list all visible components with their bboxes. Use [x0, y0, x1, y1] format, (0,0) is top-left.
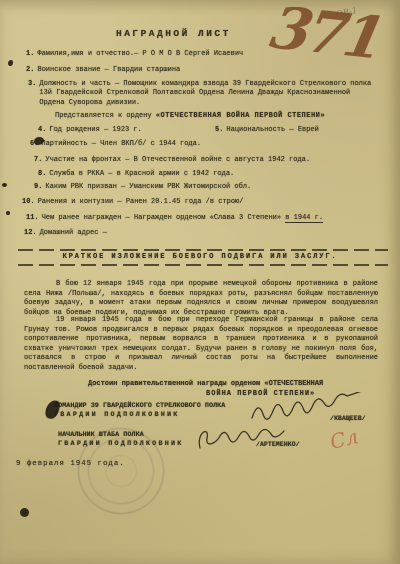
field-prior-awards: 11. Чем ранее награжден — Награжден орде…: [26, 214, 382, 223]
red-pencil-mark: Сл: [328, 424, 361, 454]
field-name: 1. Фамилия,имя и отчество.— Р О М О В Се…: [26, 50, 356, 59]
presentation-order-name: «ОТЕЧЕСТВЕННАЯ ВОЙНА ПЕРВОЙ СТЕПЕНИ»: [156, 112, 325, 120]
field-army-service: 8. Служба в РККА — в Красной армии с 194…: [38, 170, 368, 179]
field-rank-number: 2.: [26, 66, 34, 75]
field-front-service: 7. Участие на фронтах — В Отечественной …: [34, 156, 374, 165]
field-prior-awards-number: 11.: [26, 214, 39, 223]
presentation-line: Представляется к ордену «ОТЕЧЕСТВЕННАЯ В…: [55, 112, 325, 120]
ink-blot: [20, 508, 29, 517]
ink-blot: [8, 60, 13, 66]
field-prior-awards-text: Чем ранее награжден — Награжден орденом …: [42, 214, 382, 223]
field-draft-office-number: 9.: [34, 183, 42, 192]
field-unit-text: Должность и часть — Помощник командира в…: [39, 80, 376, 108]
field-nationality-number: 5.: [215, 126, 223, 135]
document-title: НАГРАДНОЙ ЛИСТ: [116, 28, 231, 39]
commander-role-block: КОМАНДИР 39 ГВАРДЕЙСКОГО СТРЕЛКОВОГО ПОЛ…: [54, 402, 225, 420]
field-party-text: Партийность — Член ВКП/б/ с 1944 года.: [41, 140, 360, 149]
round-stamp: [78, 428, 164, 514]
field-unit-number: 3.: [28, 80, 36, 108]
field-rank-text: Воинское звание — Гвардии старшина: [37, 66, 356, 75]
field-army-service-text: Служба в РККА — в Красной армии с 1942 г…: [49, 170, 368, 179]
field-prior-awards-main: Чем ранее награжден — Награжден орденом …: [42, 214, 281, 222]
ink-blot: [2, 183, 7, 187]
field-birth-year-text: Год рождения — 1923 г.: [49, 126, 218, 135]
field-wounds-number: 10.: [22, 198, 35, 207]
field-front-service-text: Участие на фронтах — В Отечественной вой…: [45, 156, 374, 165]
field-home-address-number: 12.: [24, 229, 37, 238]
chief-of-staff-name: /АРТЕМЕНКО/: [256, 441, 300, 448]
commander-name: /КВАЩЕЕВ/: [330, 415, 366, 422]
field-nationality: 5. Национальность — Еврей: [215, 126, 385, 135]
chief-of-staff-signature: [192, 424, 292, 454]
presentation-prefix: Представляется к ордену: [55, 112, 152, 120]
section-heading: КРАТКОЕ ИЗЛОЖЕНИЕ БОЕВОГО ПОДВИГА ИЛИ ЗА…: [0, 253, 400, 261]
field-army-service-number: 8.: [38, 170, 46, 179]
field-birth-year-number: 4.: [38, 126, 46, 135]
field-prior-awards-year: в 1944 г.: [285, 214, 323, 223]
verdict-line-1: Достоин правительственной награды ордено…: [88, 379, 323, 389]
ink-blot: [6, 211, 10, 215]
field-draft-office: 9. Каким РВК призван — Уманским РВК Жито…: [34, 183, 364, 192]
field-rank: 2. Воинское звание — Гвардии старшина: [26, 66, 356, 75]
section-rule-bottom: [18, 264, 388, 266]
field-wounds-text: Ранения и контузии — Ранен 20.1.45 года …: [38, 198, 362, 207]
commander-role-line-2: ГВАРДИИ ПОДПОЛКОВНИК: [54, 411, 225, 420]
field-nationality-text: Национальность — Еврей: [226, 126, 385, 135]
field-birth-year: 4. Год рождения — 1923 г.: [38, 126, 218, 135]
field-name-number: 1.: [26, 50, 34, 59]
combat-description-paragraph-1: В бою 12 января 1945 года при прорыве не…: [24, 280, 378, 318]
field-party: 6. Партийность — Член ВКП/б/ с 1944 года…: [30, 140, 360, 149]
field-name-text: Фамилия,имя и отчество.— Р О М О В Серге…: [37, 50, 356, 59]
commander-role-line-1: КОМАНДИР 39 ГВАРДЕЙСКОГО СТРЕЛКОВОГО ПОЛ…: [54, 402, 225, 411]
field-wounds: 10. Ранения и контузии — Ранен 20.1.45 г…: [22, 198, 362, 207]
field-home-address: 12. Домашний адрес —: [24, 229, 354, 238]
award-sheet-document: ОВ-1 371 НАГРАДНОЙ ЛИСТ 1. Фамилия,имя и…: [0, 0, 400, 564]
section-rule-top: [18, 249, 388, 251]
field-draft-office-text: Каким РВК призван — Уманским РВК Житомир…: [45, 183, 364, 192]
field-unit: 3. Должность и часть — Помощник командир…: [28, 80, 376, 108]
field-home-address-text: Домашний адрес —: [40, 229, 354, 238]
field-front-service-number: 7.: [34, 156, 42, 165]
combat-description-paragraph-2: 19 января 1945 года в бою при переходе Г…: [24, 316, 378, 374]
